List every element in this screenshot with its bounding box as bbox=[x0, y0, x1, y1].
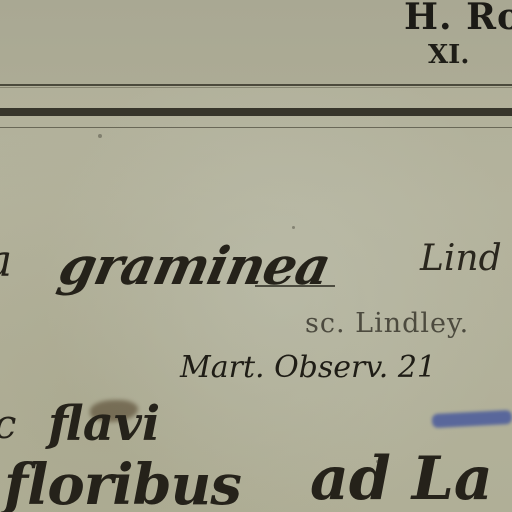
description-word-flavi: flavi bbox=[48, 396, 160, 452]
divider-rule-hairline bbox=[0, 87, 512, 88]
printed-volume-number: XI. bbox=[428, 40, 469, 70]
paper-speck bbox=[292, 226, 295, 229]
description-word-floribus: floribus bbox=[4, 452, 241, 512]
divider-rule-thick bbox=[0, 108, 512, 116]
genus-name-fragment: a bbox=[0, 236, 12, 287]
handwritten-citation: Mart. Observ. 21 bbox=[180, 350, 436, 385]
author-handwritten: Lind bbox=[420, 238, 502, 279]
divider-rule-thin-top bbox=[0, 84, 512, 86]
printed-author-reference: sc. Lindley. bbox=[305, 308, 469, 339]
species-epithet: graminea bbox=[54, 236, 336, 297]
paper-speck bbox=[98, 134, 102, 138]
description-line1-fragment: c bbox=[0, 402, 16, 448]
description-words-ad-la: ad La bbox=[310, 444, 493, 512]
species-underline bbox=[255, 285, 335, 287]
divider-rule-thin-bottom bbox=[0, 127, 512, 128]
printed-header-title: H. Ro bbox=[404, 0, 512, 38]
